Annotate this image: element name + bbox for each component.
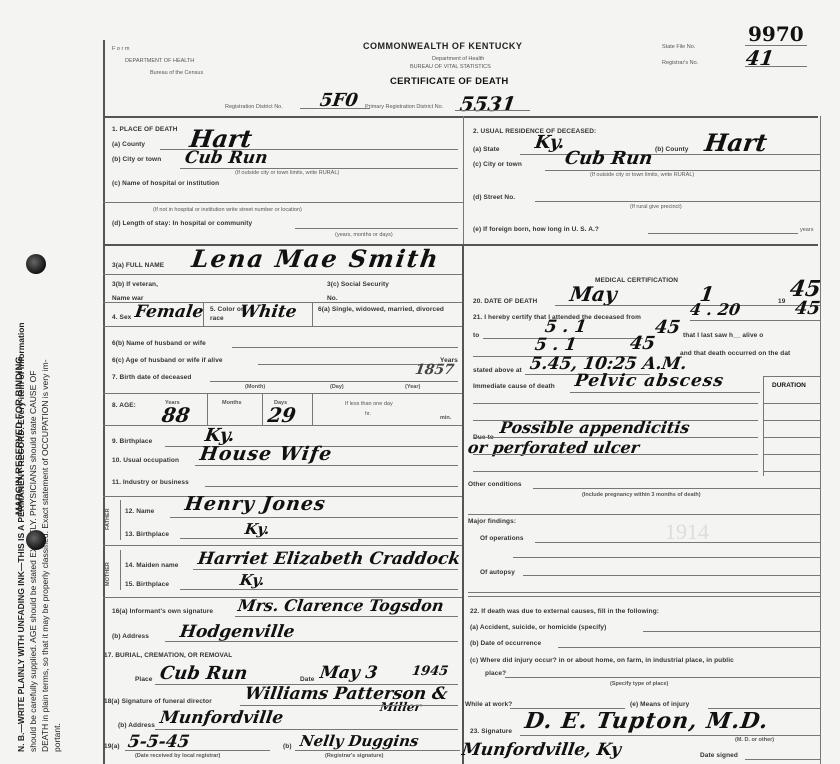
full-name-label: 3(a) FULL NAME xyxy=(112,262,164,269)
injury-place-label: (c) Where did injury occur? in or about … xyxy=(470,657,734,664)
spouse-name-label: 6(b) Name of husband or wife xyxy=(112,340,206,347)
certificate-title: CERTIFICATE OF DEATH xyxy=(390,76,509,87)
birth-year-value[interactable]: 1857 xyxy=(414,362,455,378)
header-bureau-census: Bureau of the Census xyxy=(150,70,203,76)
res-city-note: (If outside city or town limits, write R… xyxy=(590,172,694,178)
age-label: 8. AGE: xyxy=(112,402,136,409)
mother-name-label: 14. Maiden name xyxy=(125,562,179,569)
burial-date-label: Date xyxy=(300,676,315,683)
state-file-label: State File No. xyxy=(662,44,695,50)
injury-place-note: (Specify type of place) xyxy=(610,681,668,687)
min-label: min. xyxy=(440,415,451,421)
last-saw-label: that I last saw h__ alive o xyxy=(683,332,763,339)
stay-note: (years, months or days) xyxy=(335,232,393,238)
full-name-value[interactable]: Lena Mae Smith xyxy=(190,244,442,273)
department-label: Department of Health xyxy=(432,56,484,62)
foreign-label: (e) If foreign born, how long in U. S. A… xyxy=(473,226,599,233)
autopsy-label: Of autopsy xyxy=(480,569,515,576)
received-value[interactable]: 5-5-45 xyxy=(127,732,191,752)
external-title: 22. If death was due to external causes,… xyxy=(470,608,659,615)
last-saw-value[interactable]: 5 . 1 xyxy=(534,335,578,355)
stay-label: (d) Length of stay: In hospital or commu… xyxy=(112,220,252,227)
duration-label: DURATION xyxy=(772,382,806,389)
place-of-death-title: 1. PLACE OF DEATH xyxy=(112,126,178,133)
at-work-label: While at work? xyxy=(465,701,512,708)
registrar-note: (Registrar's signature) xyxy=(325,753,383,759)
major-findings-label: Major findings: xyxy=(468,518,516,525)
binding-hole-top xyxy=(26,254,46,274)
residence-title: 2. USUAL RESIDENCE OF DECEASED: xyxy=(473,128,596,135)
res-city-value[interactable]: Cub Run xyxy=(564,148,654,169)
father-name-value[interactable]: Henry Jones xyxy=(183,493,327,515)
day-note: (Day) xyxy=(330,384,344,390)
year-note: (Year) xyxy=(405,384,420,390)
director-sig-label: 18(a) Signature of funeral director xyxy=(104,698,212,705)
accident-label: (a) Accident, suicide, or homicide (spec… xyxy=(470,624,606,631)
month-note: (Month) xyxy=(245,384,265,390)
occupation-value[interactable]: House Wife xyxy=(198,443,333,465)
attend-from-value[interactable]: 4 . 20 xyxy=(689,300,742,319)
binding-hole-bottom xyxy=(26,530,46,550)
physician-address[interactable]: Munfordville, Ky xyxy=(461,740,623,760)
stated-above-label: stated above at xyxy=(473,367,522,374)
state-file-number: 9970 xyxy=(748,22,804,46)
header-dept-label: DEPARTMENT OF HEALTH xyxy=(125,58,194,64)
signature-note: (M. D. or other) xyxy=(735,737,774,743)
age-days-value[interactable]: 29 xyxy=(266,403,297,427)
bureau-label: BUREAU OF VITAL STATISTICS xyxy=(410,64,491,70)
ss-label: 3(c) Social Security xyxy=(327,281,389,288)
burial-title: 17. BURIAL, CREMATION, OR REMOVAL xyxy=(104,652,232,659)
hospital-note: (If not in hospital or institution write… xyxy=(153,207,302,213)
means-of-injury-label: (e) Means of injury xyxy=(630,701,689,708)
binding-margin-label: MARGIN RESERVED FOR BINDING xyxy=(14,356,25,515)
signature-label: 23. Signature xyxy=(470,728,512,735)
registrar-no-label: Registrar's No. xyxy=(662,60,698,66)
less-than-day-label: If less than one day xyxy=(345,401,393,407)
res-state-label: (a) State xyxy=(473,146,500,153)
dod-month-value[interactable]: May xyxy=(568,282,618,306)
local-registrar-value[interactable]: Nelly Duggins xyxy=(299,732,420,750)
other-conditions-note: (Include pregnancy within 3 months of de… xyxy=(582,492,701,498)
industry-label: 11. Industry or business xyxy=(112,479,189,486)
director-address-label: (b) Address xyxy=(118,722,155,729)
death-occurred-label: and that death occurred on the dat xyxy=(680,350,790,357)
to-label: to xyxy=(473,332,479,339)
street-label: (d) Street No. xyxy=(473,194,515,201)
dod-label: 20. DATE OF DEATH xyxy=(473,298,537,305)
burial-date-value[interactable]: May 3 xyxy=(319,663,379,683)
res-state-value[interactable]: Ky. xyxy=(534,132,566,153)
received-note: (Date received by local registrar) xyxy=(135,753,220,759)
primary-district-value: 5531 xyxy=(458,92,517,116)
other-conditions-label: Other conditions xyxy=(468,481,522,488)
age-months-label: Months xyxy=(222,400,242,406)
sex-value[interactable]: Female xyxy=(134,302,205,322)
instructions-line-4: portant. xyxy=(52,723,63,752)
burial-place-label: Place xyxy=(135,676,153,683)
burial-place-value[interactable]: Cub Run xyxy=(159,663,249,684)
father-birthplace-label: 13. Birthplace xyxy=(125,531,169,538)
director-sig-value-2[interactable]: Miller xyxy=(379,700,422,714)
ss-no-label: No. xyxy=(327,295,338,302)
res-county-value[interactable]: Hart xyxy=(703,128,769,157)
occurrence-date-label: (b) Date of occurrence xyxy=(470,640,541,647)
reg-district-label: Registration District No. xyxy=(225,104,283,110)
mother-tag: MOTHER xyxy=(105,562,111,586)
death-city-note: (If outside city or town limits, write R… xyxy=(235,170,339,176)
instructions-line-3: DEATH in plain terms, so that it may be … xyxy=(40,359,51,752)
last-saw-year[interactable]: 45 xyxy=(629,333,657,354)
birthplace-label: 9. Birthplace xyxy=(112,438,152,445)
attend-to-year[interactable]: 45 xyxy=(654,317,682,338)
occupation-label: 10. Usual occupation xyxy=(112,457,179,464)
director-address-value[interactable]: Munfordville xyxy=(159,708,285,728)
veteran-label: 3(b) If veteran, xyxy=(112,281,158,288)
informant-address-value[interactable]: Hodgenville xyxy=(179,622,296,642)
color-value[interactable]: White xyxy=(239,302,298,322)
mother-birthplace-label: 15. Birthplace xyxy=(125,581,169,588)
attend-from-year[interactable]: 45 xyxy=(794,298,822,319)
res-county-label: (b) County xyxy=(655,146,689,153)
injury-place-label-2: place? xyxy=(485,670,506,677)
death-city-value[interactable]: Cub Run xyxy=(184,148,269,168)
spouse-age-label: 6(c) Age of husband or wife if alive xyxy=(112,357,223,364)
mother-name-value[interactable]: Harriet Elizabeth Craddock xyxy=(197,549,462,569)
mother-birthplace-value[interactable]: Ky. xyxy=(239,571,266,589)
physician-signature[interactable]: D. E. Tupton, M.D. xyxy=(523,708,770,734)
marital-label: 6(a) Single, widowed, married, divorced xyxy=(318,305,458,314)
res-city-label: (c) City or town xyxy=(473,161,522,168)
burial-year-value[interactable]: 1945 xyxy=(411,664,449,679)
hospital-label: (c) Name of hospital or institution xyxy=(112,180,219,187)
foreign-unit: years xyxy=(800,227,813,233)
immediate-cause-label: Immediate cause of death xyxy=(473,383,555,390)
father-birthplace-value[interactable]: Ky. xyxy=(244,520,271,538)
death-county-label: (a) County xyxy=(112,141,145,148)
attend-to-value[interactable]: 5 . 1 xyxy=(544,317,588,337)
sex-label: 4. Sex xyxy=(112,314,131,321)
birth-date-label: 7. Birth date of deceased xyxy=(112,374,191,381)
local-registrar-label: (b) xyxy=(283,743,292,750)
header-form-label: F o r m xyxy=(112,46,129,52)
informant-sig-label: 16(a) Informant's own signature xyxy=(112,608,213,615)
primary-district-label: Primary Registration District No. xyxy=(365,104,443,110)
commonwealth-title: COMMONWEALTH OF KENTUCKY xyxy=(363,41,522,51)
received-label: 19(a) xyxy=(104,743,120,750)
informant-address-label: (b) Address xyxy=(112,633,149,640)
dod-year-prefix: 19 xyxy=(778,298,785,305)
father-name-label: 12. Name xyxy=(125,508,154,515)
immediate-cause-value[interactable]: Pelvic abscess xyxy=(574,371,726,391)
operations-label: Of operations xyxy=(480,535,524,542)
instructions-line-2: should be carefully supplied. AGE should… xyxy=(28,371,39,752)
date-signed-label: Date signed xyxy=(700,752,738,759)
father-tag: FATHER xyxy=(105,508,111,530)
due-to-value-1[interactable]: Possible appendicitis xyxy=(499,418,691,437)
war-label: Name war xyxy=(112,295,144,302)
hr-label: hr. xyxy=(365,411,371,417)
street-note: (If rural give precinct) xyxy=(630,204,682,210)
age-years-value[interactable]: 88 xyxy=(160,403,191,427)
informant-sig-value[interactable]: Mrs. Clarence Togsdon xyxy=(237,596,445,615)
death-city-label: (b) City or town xyxy=(112,156,161,163)
